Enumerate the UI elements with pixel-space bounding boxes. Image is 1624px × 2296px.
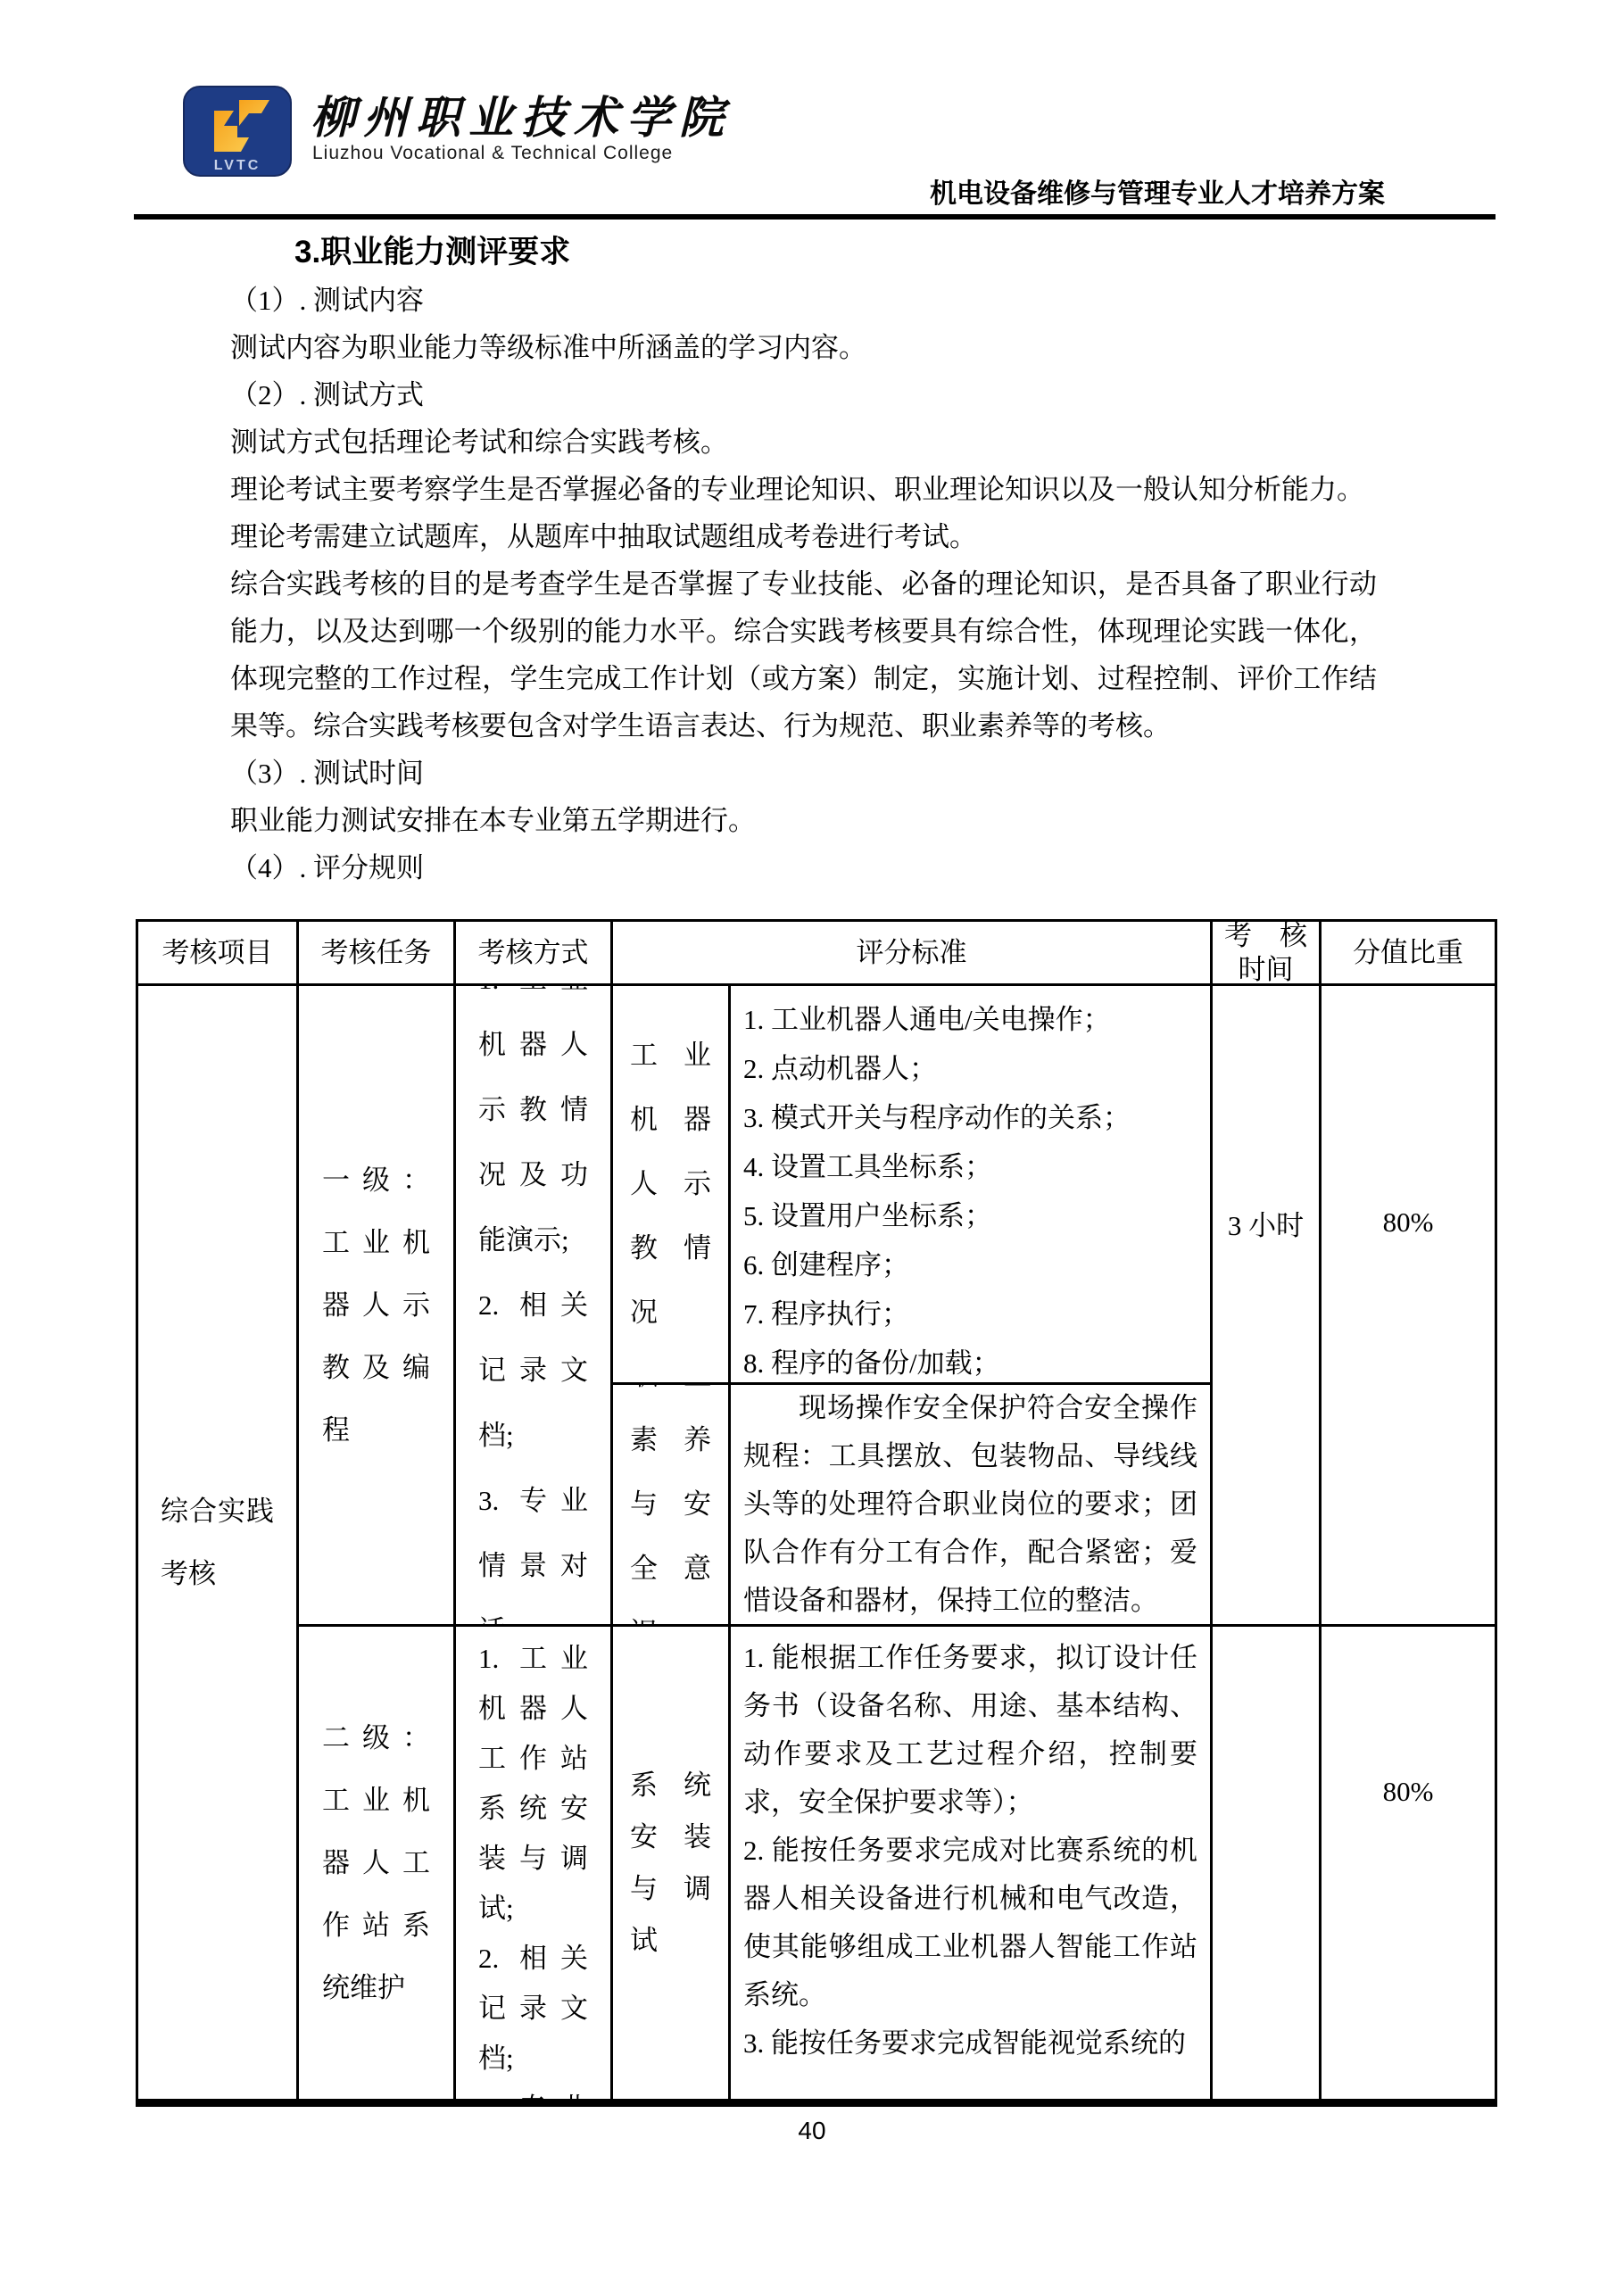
document-title: 机电设备维修与管理专业人才培养方案 <box>930 171 1385 211</box>
list-item: （4）. 评分规则 <box>230 844 1377 891</box>
body-paragraphs: （1）. 测试内容测试内容为职业能力等级标准中所涵盖的学习内容。（2）. 测试方… <box>230 277 1377 891</box>
school-name-en: Liuzhou Vocational & Technical College <box>312 143 673 164</box>
col-header-time: 考 核 时间 <box>1213 922 1322 986</box>
cell-method-level2: 1. 工业机器人工作站系统安装与调试;2. 相关记录文档;3. 专业情景对话 <box>456 1627 613 2099</box>
list-item: 测试内容为职业能力等级标准中所涵盖的学习内容。 <box>230 324 1377 371</box>
list-item: 8. 程序的备份/加载； <box>743 1339 1197 1385</box>
list-item: 3. 专业情景对话 <box>478 2084 588 2099</box>
list-item: 理论考试主要考察学生是否掌握必备的专业理论知识、职业理论知识以及一般认知分析能力… <box>230 466 1377 513</box>
col-header-method: 考核方式 <box>456 922 613 986</box>
school-name-cn: 柳州职业技术学院 <box>311 82 732 146</box>
list-item: 1. 工业机器人通电/关电操作； <box>743 995 1197 1044</box>
list-item: 测试方式包括理论考试和综合实践考核。 <box>230 419 1377 466</box>
cell-aspect-teaching: 工业机器人示教情况 <box>613 986 731 1385</box>
col-header-task: 考核任务 <box>299 922 456 986</box>
list-item: 1. 工业机器人工作站系统安装与调试; <box>478 1634 588 1934</box>
list-item: 1. 工业机器人示教情况及功能演示; <box>478 986 588 1272</box>
svg-text:LVTC: LVTC <box>214 158 261 173</box>
college-logo-icon: LVTC <box>183 86 292 177</box>
list-item: 3. 模式开关与程序动作的关系； <box>743 1093 1197 1142</box>
list-item: 2. 相关记录文档; <box>478 1934 588 2084</box>
list-item: 3. 能按任务要求完成智能视觉系统的 <box>743 2019 1197 2068</box>
list-item: 7. 程序执行； <box>743 1289 1197 1339</box>
list-item: 1. 能根据工作任务要求，拟订设计任务书（设备名称、用途、基本结构、动作要求及工… <box>743 1634 1197 1827</box>
cell-time-level1: 3 小时 <box>1213 986 1322 1627</box>
cell-aspect-system: 系统安装与调试 <box>613 1627 731 2099</box>
list-item: 职业能力测试安排在本专业第五学期进行。 <box>230 797 1377 844</box>
cell-project: 综合实践考核 <box>138 986 299 2099</box>
list-item: 综合实践考核的目的是考查学生是否掌握了专业技能、必备的理论知识，是否具备了职业行… <box>230 560 1377 750</box>
cell-aspect-safety: 职业素养与安全意识 <box>613 1385 731 1627</box>
list-item: （2）. 测试方式 <box>230 371 1377 419</box>
list-item: （3）. 测试时间 <box>230 750 1377 797</box>
cell-weight-level1: 80% <box>1322 986 1495 1627</box>
header-rule <box>134 214 1496 220</box>
list-item: 2. 点动机器人； <box>743 1044 1197 1093</box>
cell-criteria-system: 1. 能根据工作任务要求，拟订设计任务书（设备名称、用途、基本结构、动作要求及工… <box>731 1627 1213 2099</box>
list-item: 理论考需建立试题库，从题库中抽取试题组成考卷进行考试。 <box>230 513 1377 560</box>
section-heading: 3.职业能力测评要求 <box>294 228 570 272</box>
cell-time-level2 <box>1213 1627 1322 2099</box>
assessment-table: 考核项目 考核任务 考核方式 评分标准 考 核 时间 分值比重 综合实践考核 一… <box>136 919 1497 2107</box>
cell-task-level1: 一级：工业机器人示教及编程 <box>299 986 456 1627</box>
col-header-weight: 分值比重 <box>1322 922 1495 986</box>
col-header-project: 考核项目 <box>138 922 299 986</box>
list-item: 2. 能按任务要求完成对比赛系统的机器人相关设备进行机械和电气改造，使其能够组成… <box>743 1827 1197 2019</box>
document-page: LVTC 柳州职业技术学院 Liuzhou Vocational & Techn… <box>0 0 1624 2296</box>
page-number: 40 <box>0 2117 1624 2145</box>
col-header-criteria: 评分标准 <box>613 922 1213 986</box>
cell-criteria-safety: 现场操作安全保护符合安全操作规程：工具摆放、包装物品、导线线头等的处理符合职业岗… <box>731 1385 1213 1627</box>
cell-task-level2: 二级：工业机器人工作站系统维护 <box>299 1627 456 2099</box>
cell-weight-level2: 80% <box>1322 1627 1495 2099</box>
list-item: 4. 设置工具坐标系； <box>743 1142 1197 1191</box>
list-item: （1）. 测试内容 <box>230 277 1377 324</box>
list-item: 2. 相关记录文档; <box>478 1272 588 1468</box>
cell-criteria-teaching: 1. 工业机器人通电/关电操作；2. 点动机器人；3. 模式开关与程序动作的关系… <box>731 986 1213 1385</box>
list-item: 3. 专业情景对话 <box>478 1468 588 1627</box>
list-item: 6. 创建程序； <box>743 1240 1197 1289</box>
cell-method-level1: 1. 工业机器人示教情况及功能演示;2. 相关记录文档;3. 专业情景对话 <box>456 986 613 1627</box>
list-item: 5. 设置用户坐标系； <box>743 1191 1197 1240</box>
